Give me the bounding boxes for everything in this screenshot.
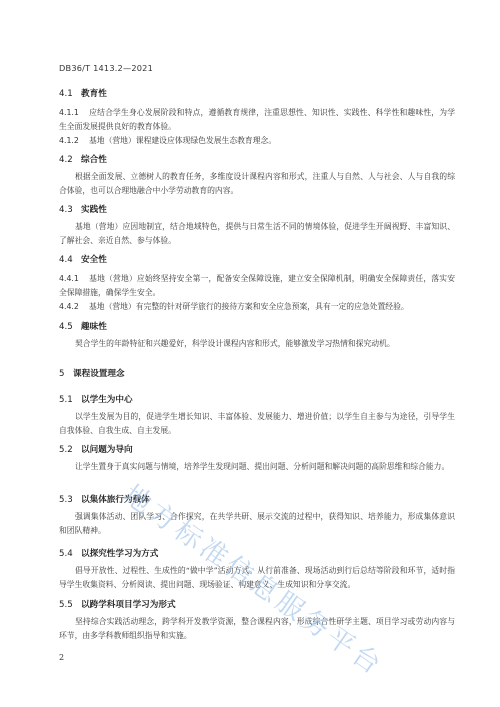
clause-4-4-2: 4.4.2基地（营地）有完整的针对研学旅行的接待方案和安全应急预案，具有一定的应… (59, 300, 455, 314)
clause-4-4-1: 4.4.1基地（营地）应始终坚持安全第一，配备安全保障设施，建立安全保障机制，明… (59, 272, 455, 300)
section-heading-5-4: 5.4以探究性学习为方式 (59, 547, 158, 559)
section-5-3-body: 强调集体活动、团队学习、合作探究，在共学共研、展示交流的过程中，获得知识、培养能… (59, 510, 455, 538)
section-heading-4-5: 4.5趣味性 (59, 320, 107, 332)
section-5-5-body: 坚持综合实践活动理念，跨学科开发教学资源，整合课程内容，形成综合性研学主题、项目… (59, 615, 455, 643)
section-5-2-body: 让学生置身于真实问题与情境，培养学生发现问题、提出问题、分析问题和解决问题的高阶… (59, 460, 455, 474)
clause-4-1-1: 4.1.1应结合学生身心发展阶段和特点，遵循教育规律，注重思想性、知识性、实践性… (59, 106, 455, 134)
page-number: 2 (59, 653, 64, 662)
clause-4-1-2: 4.1.2基地（营地）课程建设应体现绿色发展生态教育理念。 (59, 134, 455, 148)
section-heading-5-2: 5.2以问题为导向 (59, 443, 133, 455)
section-heading-4-3: 4.3实践性 (59, 203, 107, 215)
section-4-5-body: 契合学生的年龄特征和兴趣爱好，科学设计课程内容和形式，能够激发学习热情和探究动机… (59, 337, 455, 351)
section-heading-4-2: 4.2综合性 (59, 153, 107, 165)
section-heading-5-1: 5.1以学生为中心 (59, 393, 133, 405)
section-5-4-body: 倡导开放性、过程性、生成性的“做中学”活动方式。从行前准备、现场活动到行后总结等… (59, 564, 455, 592)
document-page: DB36/T 1413.2—2021 4.1教育性 4.1.1应结合学生身心发展… (0, 0, 500, 707)
section-heading-4-4: 4.4安全性 (59, 253, 107, 265)
section-heading-5-3: 5.3以集体旅行为载体 (59, 493, 150, 505)
standard-code-header: DB36/T 1413.2—2021 (59, 63, 153, 73)
chapter-heading-5: 5课程设置理念 (59, 367, 125, 379)
section-4-3-body: 基地（营地）应因地制宜，结合地域特色，提供与日常生活不同的情境体验，促进学生开阔… (59, 220, 455, 248)
section-4-2-body: 根据全面发展、立德树人的教育任务，多维度设计课程内容和形式，注重人与自然、人与社… (59, 170, 455, 198)
section-5-1-body: 以学生发展为目的，促进学生增长知识、丰富体验、发展能力、增进价值；以学生自主参与… (59, 410, 455, 438)
section-heading-5-5: 5.5以跨学科项目学习为形式 (59, 598, 176, 610)
section-heading-4-1: 4.1教育性 (59, 87, 107, 99)
